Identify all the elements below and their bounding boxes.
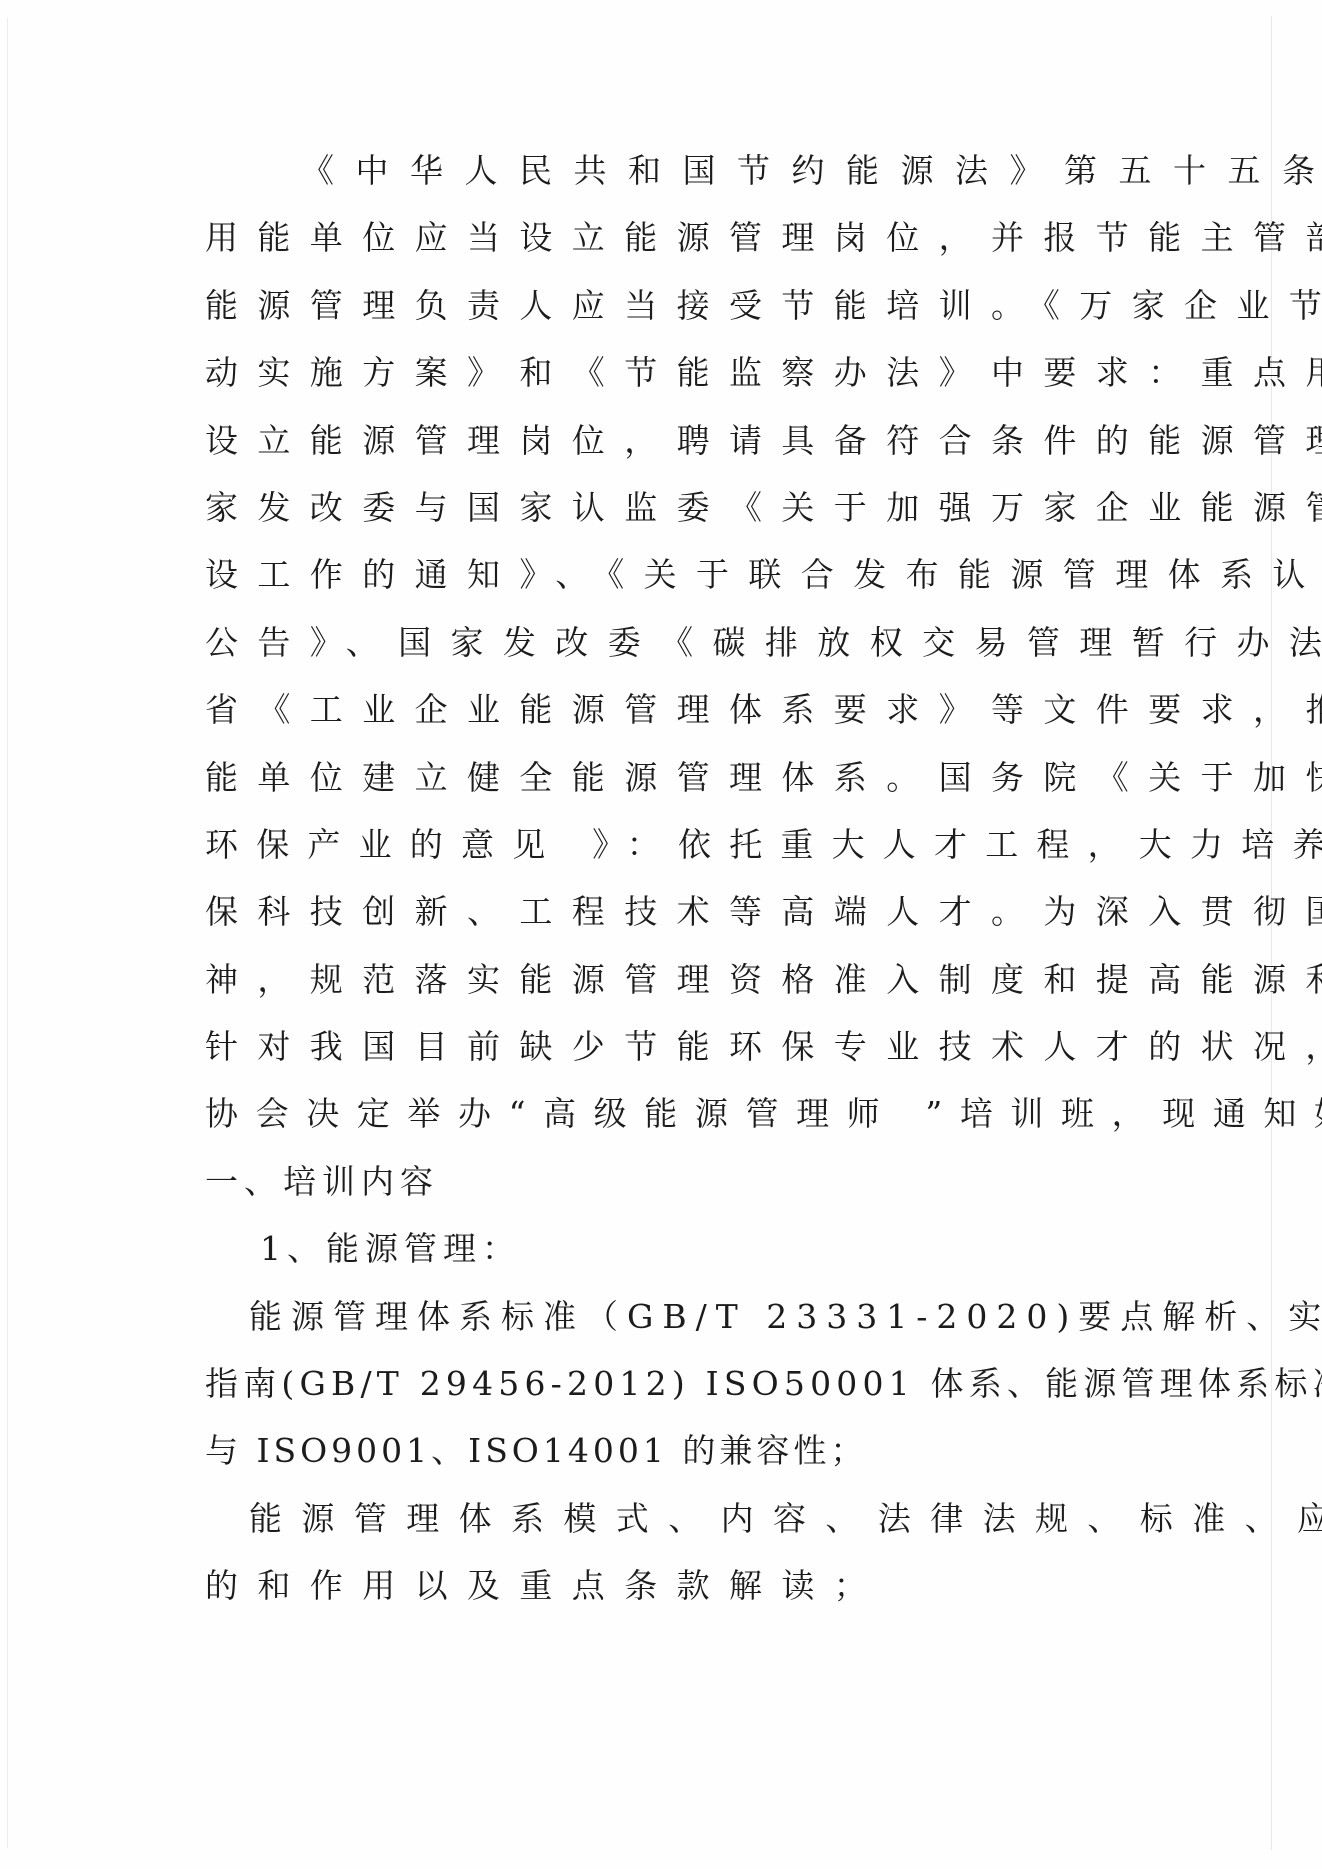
intro-line-12: 保科技创新、工程技术等高端人才。为深入贯彻国家文件精 — [205, 878, 1137, 945]
standard-line-3: 与 ISO9001、ISO14001 的兼容性； — [205, 1417, 1137, 1484]
mode-line-1: 能源管理体系模式、内容、法律法规、标准、应用的目 — [205, 1485, 1137, 1552]
standard-line-2: 指南(GB/T 29456-2012) ISO50001 体系、能源管理体系标准 — [205, 1350, 1137, 1417]
intro-line-5: 设立能源管理岗位，聘请具备符合条件的能源管理人员。国 — [205, 407, 1137, 474]
intro-line-6: 家发改委与国家认监委《关于加强万家企业能源管理体系建 — [205, 474, 1137, 541]
intro-line-13: 神，规范落实能源管理资格准入制度和提高能源利用效率， — [205, 946, 1137, 1013]
intro-line-11: 环保产业的意见 》：依托重大人才工程，大力培养节能环 — [205, 811, 1137, 878]
document-body: 《中华人民共和国节约能源法》第五十五条规定：重点 用能单位应当设立能源管理岗位，… — [205, 137, 1137, 1620]
intro-line-1: 《中华人民共和国节约能源法》第五十五条规定：重点 — [205, 137, 1137, 204]
intro-line-2: 用能单位应当设立能源管理岗位，并报节能主管部门备案； — [205, 204, 1137, 271]
intro-line-15: 协会决定举办“高级能源管理师 ”培训班，现通知如下： — [205, 1080, 1137, 1147]
subsection-heading: 1、能源管理： — [205, 1215, 1137, 1282]
intro-line-7: 设工作的通知》、《关于联合发布能源管理体系认证规则的 — [205, 541, 1137, 608]
intro-line-14: 针对我国目前缺少节能环保专业技术人才的状况，山东节能 — [205, 1013, 1137, 1080]
intro-line-10: 能单位建立健全能源管理体系。国务院《关于加快发展节能 — [205, 744, 1137, 811]
intro-line-8: 公告》、国家发改委《碳排放权交易管理暂行办法》、山东 — [205, 609, 1137, 676]
document-page: 《中华人民共和国节约能源法》第五十五条规定：重点 用能单位应当设立能源管理岗位，… — [0, 0, 1322, 1869]
section-heading: 一、培训内容 — [205, 1148, 1137, 1215]
intro-line-9: 省《工业企业能源管理体系要求》等文件要求，推动重点用 — [205, 676, 1137, 743]
intro-line-3: 能源管理负责人应当接受节能培训。《万家企业节能低碳行 — [205, 272, 1137, 339]
intro-line-4: 动实施方案》和《节能监察办法》中要求：重点用能单位需 — [205, 339, 1137, 406]
mode-line-2: 的和作用以及重点条款解读； — [205, 1552, 1137, 1619]
scan-edge-left — [7, 18, 8, 1848]
standard-line-1: 能源管理体系标准（GB/T 23331-2020)要点解析、实施 — [205, 1283, 1137, 1350]
